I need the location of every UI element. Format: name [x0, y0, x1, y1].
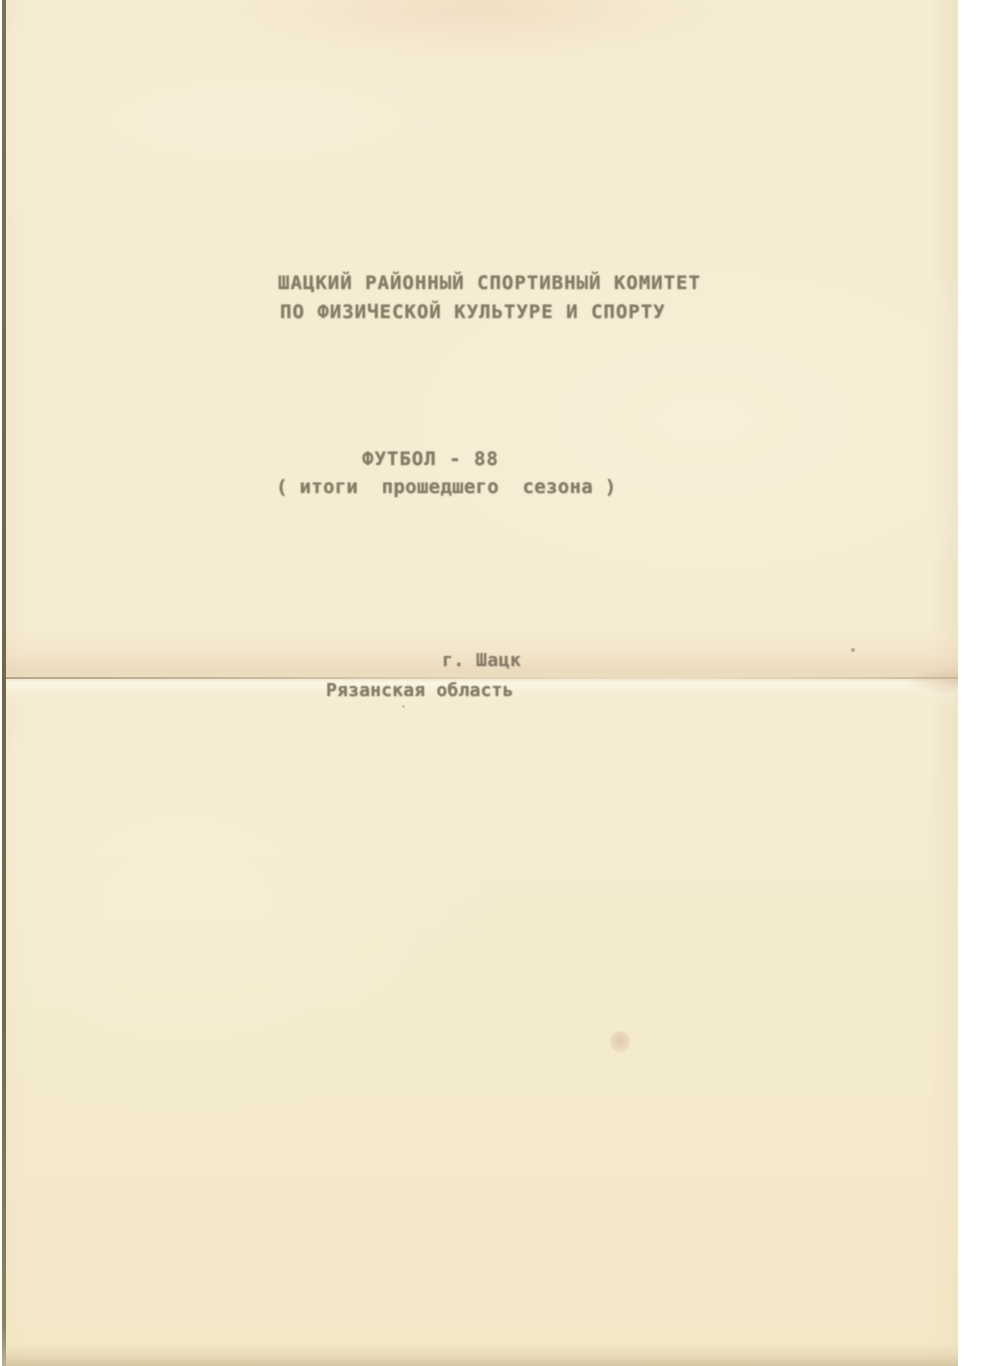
- ink-speck: [851, 648, 855, 652]
- document-title: ФУТБОЛ - 88: [362, 448, 499, 470]
- ink-speck: [402, 705, 405, 708]
- scanned-document: ШАЦКИЙ РАЙОННЫЙ СПОРТИВНЫЙ КОМИТЕТ ПО ФИ…: [0, 0, 992, 1366]
- paper-stain: [610, 1031, 630, 1053]
- paper-bottom-shadow: [6, 1344, 958, 1366]
- paper-sheet: ШАЦКИЙ РАЙОННЫЙ СПОРТИВНЫЙ КОМИТЕТ ПО ФИ…: [6, 0, 958, 1366]
- document-subtitle: ( итоги прошедшего сезона ): [276, 476, 616, 498]
- crease-edge-smudge: [906, 668, 958, 694]
- organization-line-1: ШАЦКИЙ РАЙОННЫЙ СПОРТИВНЫЙ КОМИТЕТ: [278, 272, 701, 294]
- fold-crease-line: [6, 677, 958, 679]
- imprint-region: Рязанская область: [326, 680, 514, 701]
- imprint-city: г. Шацк: [442, 650, 521, 671]
- organization-line-2: ПО ФИЗИЧЕСКОЙ КУЛЬТУРЕ И СПОРТУ: [280, 301, 666, 323]
